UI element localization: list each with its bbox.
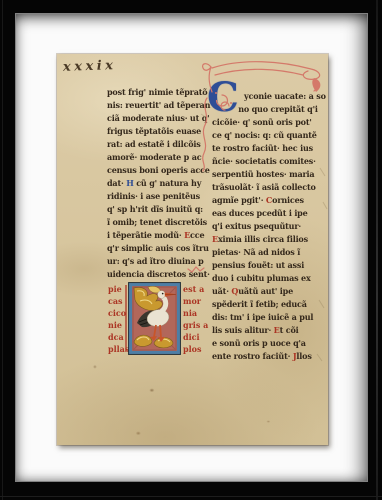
gloss-word: dici	[183, 331, 208, 343]
text-line: pensius fouẽt: ut assi	[212, 259, 323, 272]
text-line: yconie uacate: a so	[212, 90, 323, 103]
right-column-lines: yconie uacate: a sono quo crepitãt q'ici…	[212, 90, 323, 363]
text-line: cicõie· q' sonũ oris pot'	[212, 116, 323, 129]
gloss-word: cas	[108, 295, 129, 307]
text-line: ente rostro faciũt· Jllos	[212, 350, 323, 363]
text-line: uidencia discretos sent·	[107, 268, 208, 281]
text-line: duo i cubitu plumas ex	[212, 272, 323, 285]
text-line: q'r simplic auis cos ĩtru	[107, 242, 208, 255]
frame-edge-highlight-bottom	[0, 496, 382, 497]
gloss-left: piecasciconiedcapllas	[108, 283, 129, 355]
text-line: census boni operis acce	[107, 164, 208, 177]
text-line: ridinis· i ase penitẽus	[107, 190, 208, 203]
text-line: q' sp h'rit dĩs inuitũ q:	[107, 203, 208, 216]
gloss-word: nia	[183, 307, 208, 319]
frame-edge-highlight-left	[2, 0, 3, 500]
text-line: ur: q's ad ĩtro diuina p	[107, 255, 208, 268]
folio-number: xxxix	[63, 58, 117, 75]
stork-miniature-icon	[128, 282, 181, 355]
frame-edge-highlight-right	[376, 0, 378, 500]
text-line: ciã moderate nius· ut q'	[107, 112, 208, 125]
gloss-word: mor	[183, 295, 208, 307]
gloss-word: plos	[183, 343, 208, 355]
gloss-word: dca	[108, 331, 129, 343]
text-line: lis suis alitur· Et cõi	[212, 324, 323, 337]
text-line: frigus tẽptatõis euase	[107, 125, 208, 138]
text-line: spẽderit ĩ fetib; educã	[212, 298, 323, 311]
gloss-word: gris a	[183, 319, 208, 331]
text-line: trãsuolãt· ĩ asiã collecto	[212, 181, 323, 194]
text-line: serpentiũ hostes· maria	[212, 168, 323, 181]
text-line: eas duces pcedũt i ipe	[212, 207, 323, 220]
gloss-word: cico	[108, 307, 129, 319]
gloss-word: nie	[108, 319, 129, 331]
text-line: agmĩe pgit'· Cornices	[212, 194, 323, 207]
gloss-word: est a	[183, 283, 208, 295]
gloss-word: pllas	[108, 343, 129, 355]
text-line: post frig' nimie tẽpratõ	[107, 86, 208, 99]
text-line: rat: ad estatẽ i dilcõis	[107, 138, 208, 151]
framed-manuscript-photo: xxxix post frig' nimie tẽpratõnis: reuer…	[0, 0, 382, 500]
mat-board: xxxix post frig' nimie tẽpratõnis: reuer…	[15, 13, 368, 482]
text-line: dis: tm' i ipe iuicẽ a pul	[212, 311, 323, 324]
text-line: amorẽ· moderate p ac	[107, 151, 208, 164]
left-column: post frig' nimie tẽpratõnis: reuertit' a…	[107, 86, 208, 281]
text-line: q'i exitus psequũtur·	[212, 220, 323, 233]
text-line: ce q' nocis: q: cũ quantẽ	[212, 129, 323, 142]
text-line: Eximia illis circa filios	[212, 233, 323, 246]
text-line: ñcie· societatis comites·	[212, 155, 323, 168]
text-line: ĩ omib; tenet discretõis	[107, 216, 208, 229]
manuscript-page: xxxix post frig' nimie tẽpratõnis: reuer…	[57, 54, 328, 445]
text-line: no quo crepitãt q'i	[212, 103, 323, 116]
text-line: i tẽperãtie modũ· Ecce	[107, 229, 208, 242]
text-line: te rostro faciũt· hec ius	[212, 142, 323, 155]
gloss-word: pie	[108, 283, 129, 295]
text-line: uãt· Quãtũ aut' ipe	[212, 285, 323, 298]
text-line: dat· H cũ g' natura hy	[107, 177, 208, 190]
text-line: e sonũ oris p uoce q'a	[212, 337, 323, 350]
text-line: pietas· Nã ad nidos ĩ	[212, 246, 323, 259]
text-line: nis: reuertit' ad tẽperan	[107, 99, 208, 112]
gloss-right: est amorniagris adiciplos	[183, 283, 208, 355]
